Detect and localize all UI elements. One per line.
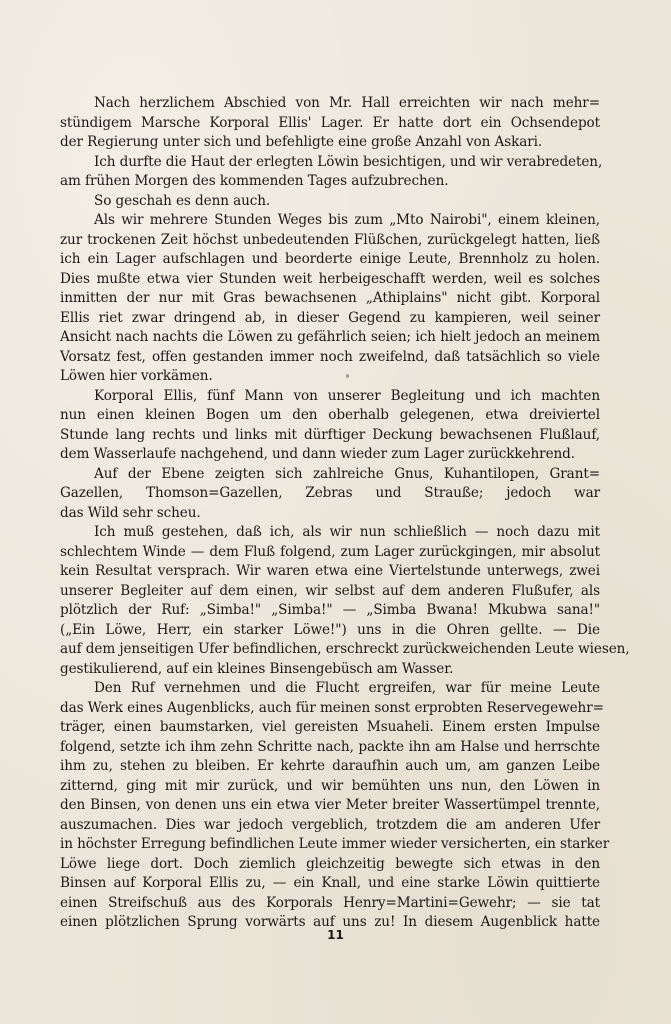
text-line: auszumachen. Dies war jedoch vergeblich,… [60, 816, 600, 836]
text-line: auf dem jenseitigen Ufer befindlichen, e… [60, 640, 600, 660]
book-page: Nach herzlichem Abschied von Mr. Hall er… [0, 0, 671, 1024]
text-line: einen Streifschuß aus des Korporals Henr… [60, 894, 600, 914]
text-line: am frühen Morgen des kommenden Tages auf… [60, 172, 600, 192]
paragraph-7: Ich muß gestehen, daß ich, als wir nun s… [60, 523, 600, 679]
text-line: schlechtem Winde — dem Fluß folgend, zum… [60, 543, 600, 563]
text-line: der Regierung unter sich und befehligte … [60, 133, 600, 153]
text-line: Vorsatz fest, offen gestanden immer noch… [60, 348, 600, 368]
text-line: nun einen kleinen Bogen um den oberhalb … [60, 406, 600, 426]
paragraph-2: Ich durfte die Haut der erlegten Löwin b… [60, 153, 600, 192]
text-line: Löwen hier vorkämen. [60, 367, 600, 387]
page-number: 11 [0, 928, 671, 942]
text-line: Ansicht nach nachts die Löwen zu gefährl… [60, 328, 600, 348]
paragraph-4: Als wir mehrere Stunden Weges bis zum „M… [60, 211, 600, 387]
text-line: ihm zu, stehen zu bleiben. Er kehrte dar… [60, 757, 600, 777]
text-line: Dies mußte etwa vier Stunden weit herbei… [60, 270, 600, 290]
text-line: stündigem Marsche Korporal Ellis' Lager.… [60, 114, 600, 134]
text-line: Auf der Ebene zeigten sich zahlreiche Gn… [60, 465, 600, 485]
text-line: inmitten der nur mit Gras bewachsenen „A… [60, 289, 600, 309]
text-line: das Werk eines Augenblicks, auch für mei… [60, 699, 600, 719]
text-line: folgend, setzte ich ihm zehn Schritte na… [60, 738, 600, 758]
text-line: Als wir mehrere Stunden Weges bis zum „M… [60, 211, 600, 231]
text-line: Stunde lang rechts und links mit dürftig… [60, 426, 600, 446]
text-line: gestikulierend, auf ein kleines Binsenge… [60, 660, 600, 680]
text-line: („Ein Löwe, Herr, ein starker Löwe!") un… [60, 621, 600, 641]
text-line: das Wild sehr scheu. [60, 504, 600, 524]
text-line: Löwe liege dort. Doch ziemlich gleichzei… [60, 855, 600, 875]
text-line: zitternd, ging mit mir zurück, und wir b… [60, 777, 600, 797]
paragraph-3: So geschah es denn auch. [60, 192, 600, 212]
text-line: dem Wasserlaufe nachgehend, und dann wie… [60, 445, 600, 465]
text-line: träger, einen baumstarken, viel gereiste… [60, 718, 600, 738]
paragraph-5: Korporal Ellis, fünf Mann von unserer Be… [60, 387, 600, 465]
text-line: Ich muß gestehen, daß ich, als wir nun s… [60, 523, 600, 543]
text-line: ich ein Lager aufschlagen und beorderte … [60, 250, 600, 270]
text-line: Binsen auf Korporal Ellis zu, — ein Knal… [60, 874, 600, 894]
text-line: Nach herzlichem Abschied von Mr. Hall er… [60, 94, 600, 114]
text-line: kein Resultat versprach. Wir waren etwa … [60, 562, 600, 582]
text-line: Ellis riet zwar dringend ab, in dieser G… [60, 309, 600, 329]
paragraph-8: Den Ruf vernehmen und die Flucht ergreif… [60, 679, 600, 933]
paragraph-6: Auf der Ebene zeigten sich zahlreiche Gn… [60, 465, 600, 524]
text-line: den Binsen, von denen uns ein etwa vier … [60, 796, 600, 816]
body-text: Nach herzlichem Abschied von Mr. Hall er… [60, 94, 600, 933]
text-line: in höchster Erregung befindlichen Leute … [60, 835, 600, 855]
text-line: So geschah es denn auch. [60, 192, 600, 212]
paragraph-1: Nach herzlichem Abschied von Mr. Hall er… [60, 94, 600, 153]
text-line: zur trockenen Zeit höchst unbedeutenden … [60, 231, 600, 251]
text-line: Den Ruf vernehmen und die Flucht ergreif… [60, 679, 600, 699]
text-line: plötzlich der Ruf: „Simba!" „Simba!" — „… [60, 601, 600, 621]
text-line: Ich durfte die Haut der erlegten Löwin b… [60, 153, 600, 173]
text-line: Korporal Ellis, fünf Mann von unserer Be… [60, 387, 600, 407]
text-line: Gazellen, Thomson=Gazellen, Zebras und S… [60, 484, 600, 504]
text-line: unserer Begleiter auf dem einen, wir sel… [60, 582, 600, 602]
